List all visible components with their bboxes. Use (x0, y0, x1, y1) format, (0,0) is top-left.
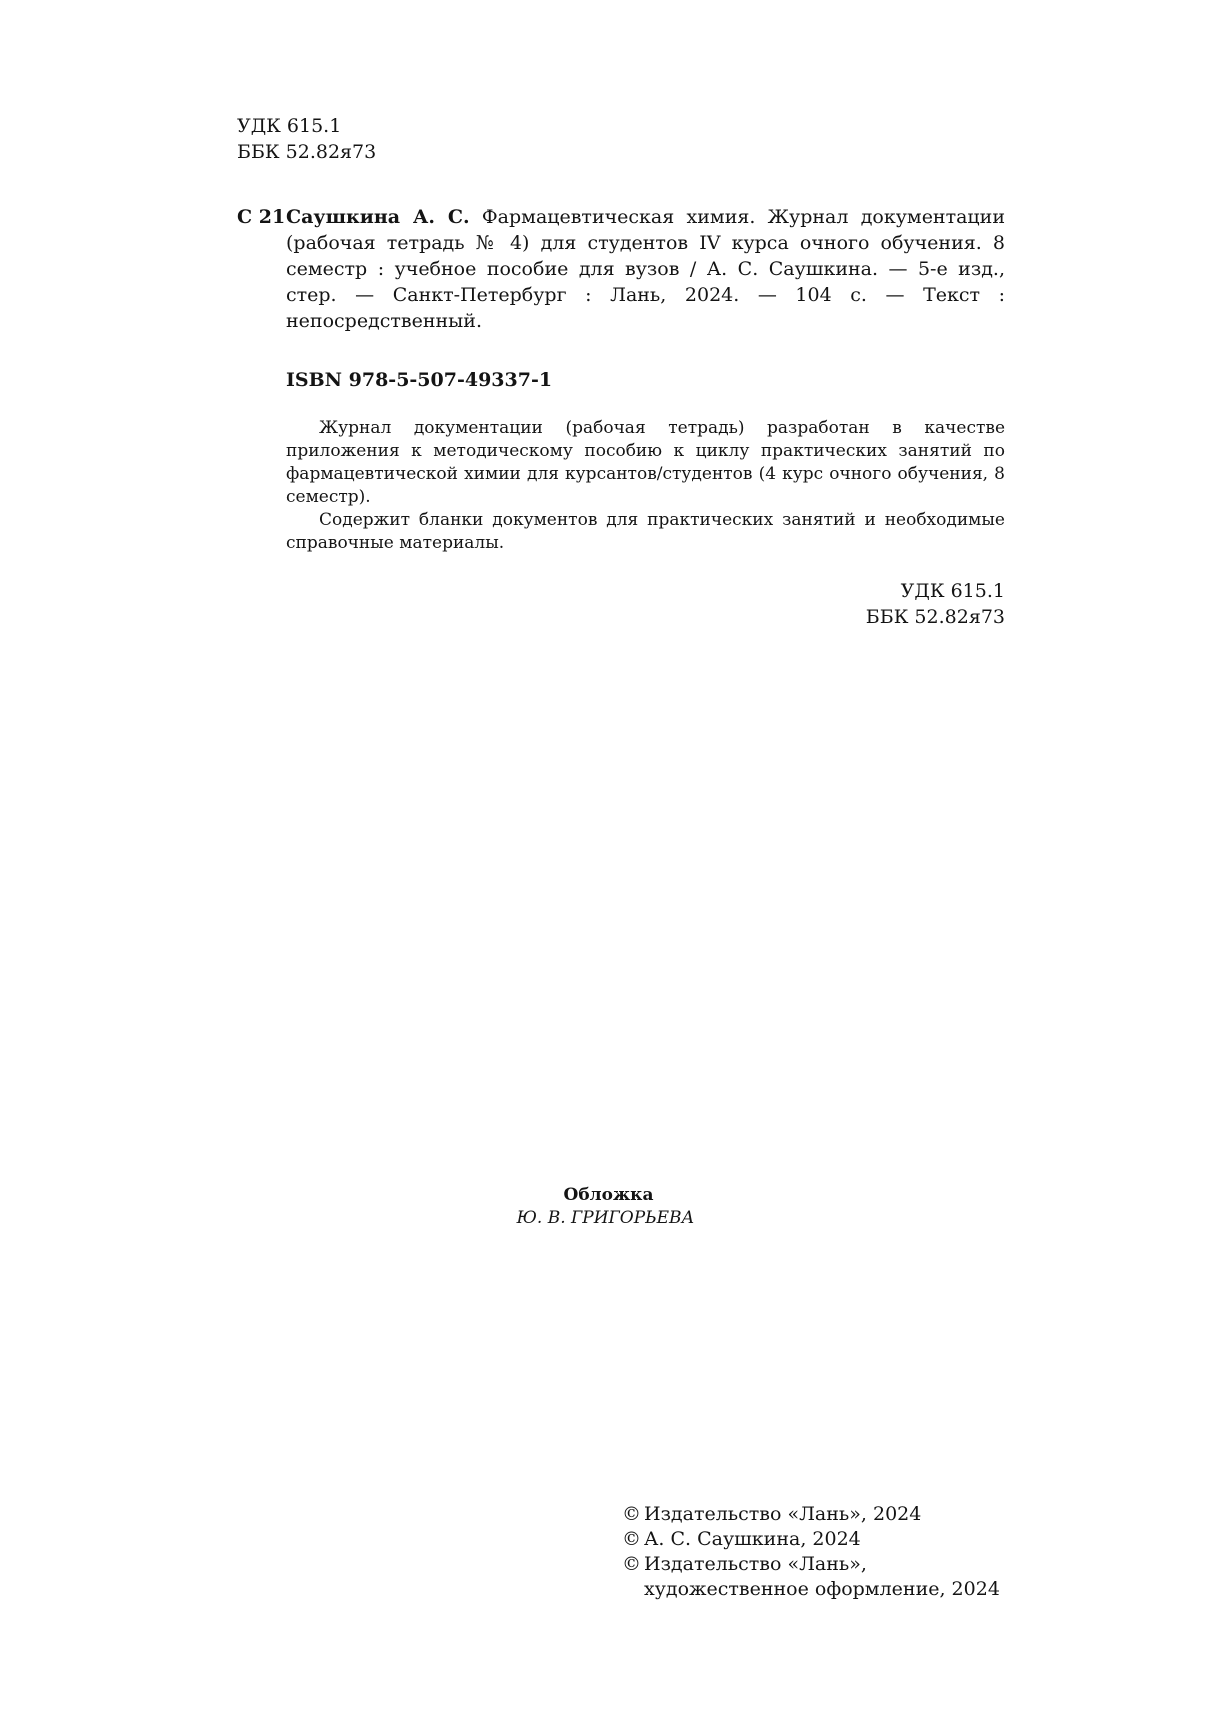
cover-designer: Ю. В. ГРИГОРЬЕВА (0, 1207, 1211, 1230)
bibliographic-record: С 21 Саушкина А. С. Фармацевтическая хим… (237, 204, 1005, 334)
author-name: Саушкина А. С. (286, 206, 470, 228)
isbn: ISBN 978-5-507-49337-1 (286, 367, 552, 393)
copyright-icon: © (622, 1527, 644, 1552)
annotation-paragraph: Журнал документации (рабочая тетрадь) ра… (286, 417, 1005, 509)
cover-label: Обложка (0, 1184, 1211, 1207)
bbk-code: ББК 52.82я73 (866, 604, 1005, 630)
author-mark: С 21 (237, 204, 285, 230)
udk-code: УДК 615.1 (866, 578, 1005, 604)
annotation-paragraph: Содержит бланки документов для практичес… (286, 509, 1005, 555)
title-verso-page: УДК 615.1 ББК 52.82я73 С 21 Саушкина А. … (0, 0, 1211, 1713)
bbk-code: ББК 52.82я73 (237, 139, 376, 165)
cover-credit: Обложка Ю. В. ГРИГОРЬЕВА (0, 1184, 1211, 1230)
copyright-line: ©Издательство «Лань», (622, 1552, 1000, 1577)
annotation: Журнал документации (рабочая тетрадь) ра… (286, 417, 1005, 555)
bibliographic-description: Саушкина А. С. Фармацевтическая химия. Ж… (286, 204, 1005, 334)
copyright-line: ©Издательство «Лань», 2024 (622, 1502, 1000, 1527)
udk-code: УДК 615.1 (237, 113, 376, 139)
copyright-icon: © (622, 1552, 644, 1577)
classification-bottom: УДК 615.1 ББК 52.82я73 (866, 578, 1005, 630)
copyright-icon: © (622, 1502, 644, 1527)
copyright-line-continuation: художественное оформление, 2024 (622, 1577, 1000, 1602)
copyright-block: ©Издательство «Лань», 2024 ©А. С. Саушки… (622, 1502, 1000, 1602)
classification-top: УДК 615.1 ББК 52.82я73 (237, 113, 376, 165)
copyright-line: ©А. С. Саушкина, 2024 (622, 1527, 1000, 1552)
